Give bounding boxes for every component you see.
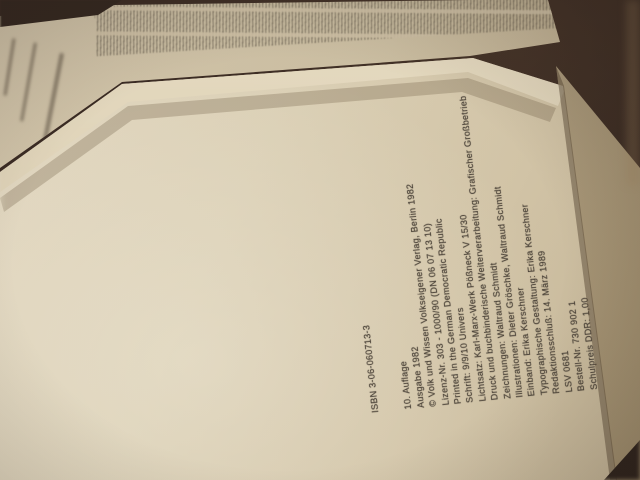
blurred-text-line bbox=[20, 42, 37, 121]
previous-page-text-blur bbox=[94, 0, 566, 56]
blurred-text-line bbox=[3, 38, 15, 96]
page-stack-highlight bbox=[626, 0, 640, 185]
photo-background: ISBN 3-06-060713-3 10. Auflage Ausgabe 1… bbox=[0, 0, 640, 480]
